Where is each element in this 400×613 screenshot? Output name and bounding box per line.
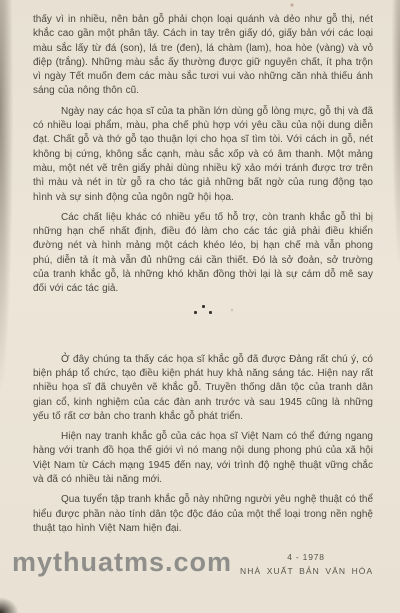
publication-date: 4 - 1978 [240,552,372,562]
publisher-name: NHÀ XUẤT BẢN VĂN HÓA [240,566,372,576]
paragraph: Ở đây chúng ta thấy các họa sĩ khắc gỗ đ… [33,353,373,424]
paragraph: Các chất liệu khác có nhiều yếu tố hỗ tr… [33,211,373,297]
paragraph: Hiện nay tranh khắc gỗ của các họa sĩ Vi… [33,430,373,487]
scanned-book-page: thấy vì in nhiều, nên bản gỗ phải chọn l… [0,0,400,613]
separator-dot [202,305,205,308]
separator-dot [194,311,197,314]
paragraph: Ngày nay các họa sĩ của ta phần lớn dùng… [33,105,373,205]
asterism-separator [192,305,214,315]
watermark: mythuatms.com [12,547,232,578]
body-text: thấy vì in nhiều, nên bản gỗ phải chọn l… [33,13,373,536]
colophon: 4 - 1978 NHÀ XUẤT BẢN VĂN HÓA [240,552,372,576]
paragraph-continuation: thấy vì in nhiều, nên bản gỗ phải chọn l… [33,13,373,99]
separator-dot [209,311,212,314]
paragraph: Qua tuyển tập tranh khắc gỗ này những ng… [33,493,373,536]
